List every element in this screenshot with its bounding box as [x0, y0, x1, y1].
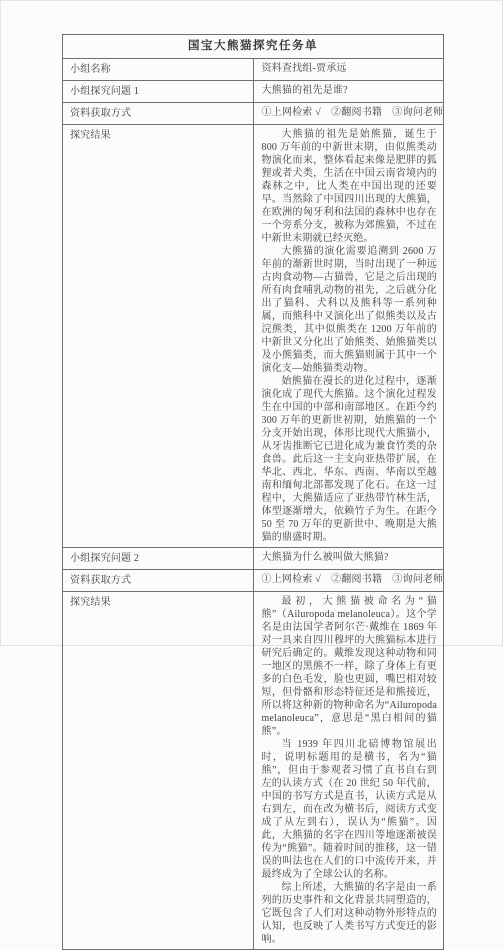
- result1-paragraph-1: 大熊猫的祖先是始熊猫，诞生于 800 万年前的中新世末期，由似熊类动物演化而来，…: [262, 128, 438, 245]
- methods1-label: 资料获取方式: [63, 103, 254, 125]
- table-row-title: 国宝大熊猫探究任务单: [63, 35, 444, 59]
- result1-text: 大熊猫的祖先是始熊猫，诞生于 800 万年前的中新世末期，由似熊类动物演化而来，…: [253, 125, 444, 548]
- task-sheet-page: 国宝大熊猫探究任务单 小组名称 资料查找组-贾承远 小组探究问题 1 大熊猫的祖…: [0, 0, 503, 646]
- table-row-methods2: 资料获取方式 ①上网检索 √ ②翻阅书籍 ③询问老师 ④询问家长 ⑤其他___: [63, 570, 444, 592]
- result1-paragraph-3: 始熊猫在漫长的进化过程中，逐渐演化成了现代大熊猫。这个演化过程发生在中国的中部和…: [262, 375, 438, 544]
- table-row-result1: 探究结果 大熊猫的祖先是始熊猫，诞生于 800 万年前的中新世末期，由似熊类动物…: [63, 125, 444, 548]
- table-row-group-name: 小组名称 资料查找组-贾承远: [63, 59, 444, 81]
- result2-paragraph-2: 当 1939 年四川北碚博物馆展出时，说明标题用的是横书，名为“猫熊”，但由于参…: [262, 738, 438, 881]
- result2-text: 最初，大熊猫被命名为“猫熊”（Ailuropoda melanoleuca）。这…: [253, 592, 444, 950]
- result1-label: 探究结果: [63, 125, 254, 548]
- question2-value: 大熊猫为什么被叫做大熊猫?: [253, 548, 444, 570]
- result1-paragraph-2: 大熊猫的演化需要追溯到 2600 万年前的渐新世时期，当时出现了一种远古肉食动物…: [262, 245, 438, 375]
- table-row-question2: 小组探究问题 2 大熊猫为什么被叫做大熊猫?: [63, 548, 444, 570]
- group-name-label: 小组名称: [63, 59, 254, 81]
- group-name-value: 资料查找组-贾承远: [253, 59, 444, 81]
- methods1-options: ①上网检索 √ ②翻阅书籍 ③询问老师 ④询问家长 ⑤其他: [253, 103, 444, 125]
- question2-label: 小组探究问题 2: [63, 548, 254, 570]
- table-row-methods1: 资料获取方式 ①上网检索 √ ②翻阅书籍 ③询问老师 ④询问家长 ⑤其他: [63, 103, 444, 125]
- result2-label: 探究结果: [63, 592, 254, 950]
- methods2-options: ①上网检索 √ ②翻阅书籍 ③询问老师 ④询问家长 ⑤其他___: [253, 570, 444, 592]
- methods2-label: 资料获取方式: [63, 570, 254, 592]
- question1-label: 小组探究问题 1: [63, 81, 254, 103]
- result2-paragraph-3: 综上所述，大熊猫的名字是由一系列的历史事件和文化背景共同塑造的，它既包含了人们对…: [262, 881, 438, 946]
- panda-task-table: 国宝大熊猫探究任务单 小组名称 资料查找组-贾承远 小组探究问题 1 大熊猫的祖…: [62, 34, 444, 950]
- result2-paragraph-1: 最初，大熊猫被命名为“猫熊”（Ailuropoda melanoleuca）。这…: [262, 595, 438, 738]
- table-row-result2: 探究结果 最初，大熊猫被命名为“猫熊”（Ailuropoda melanoleu…: [63, 592, 444, 950]
- question1-value: 大熊猫的祖先是谁?: [253, 81, 444, 103]
- table-row-question1: 小组探究问题 1 大熊猫的祖先是谁?: [63, 81, 444, 103]
- page-title: 国宝大熊猫探究任务单: [63, 35, 444, 59]
